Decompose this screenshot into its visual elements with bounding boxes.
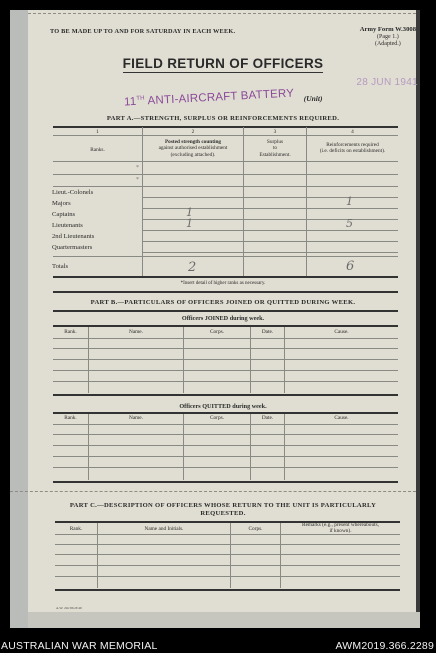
- form-note: (Adapted.): [375, 41, 401, 47]
- column-header-surplus: Surplus to Establishment.: [244, 139, 306, 158]
- rank-quartermasters: Quartermasters: [52, 244, 92, 251]
- quitted-col-corps: Corps.: [184, 415, 250, 421]
- part-c-heading: PART C.—DESCRIPTION OF OFFICERS WHOSE RE…: [10, 502, 436, 518]
- unit-stamp-name: ANTI-AIRCRAFT BATTERY: [144, 88, 294, 108]
- joined-col-date: Date.: [251, 329, 284, 335]
- column-header-posted: Posted strength counting against authori…: [143, 139, 243, 158]
- quitted-col-cause: Cause.: [285, 415, 398, 421]
- header-line: against authorised establishment: [159, 145, 228, 151]
- divider: [53, 291, 398, 293]
- divider: [53, 310, 398, 312]
- divider: [143, 241, 398, 242]
- divider: [53, 161, 398, 162]
- form-page: (Page 1.): [377, 34, 399, 40]
- perforation-top: [28, 13, 416, 14]
- divider: [53, 256, 398, 257]
- header-line: Posted strength counting: [165, 139, 221, 145]
- lieutenants-reinforcements-value: 5: [346, 217, 353, 230]
- table-row: [55, 576, 400, 577]
- rank-lieutenants: Lieutenants: [52, 222, 83, 229]
- column-rule: [284, 327, 285, 393]
- table-row: [55, 565, 400, 566]
- divider: [53, 126, 398, 128]
- column-rule: [230, 523, 231, 588]
- divider: [53, 276, 398, 278]
- page-title: FIELD RETURN OF OFFICERS: [10, 56, 436, 71]
- column-number-4: 4: [307, 129, 398, 135]
- rank-lieut-colonels: Lieut.-Colonels: [52, 189, 93, 196]
- institution-caption: AUSTRALIAN WAR MEMORIAL: [1, 640, 157, 652]
- perforation-middle: [10, 491, 416, 492]
- unit-stamp-suffix: TH: [136, 96, 145, 102]
- header-line: (excluding attached).: [171, 152, 216, 158]
- divider: [53, 481, 398, 483]
- table-row: [53, 348, 398, 349]
- unit-label: (Unit): [304, 94, 323, 103]
- joined-col-name: Name.: [89, 329, 183, 335]
- divider: [143, 219, 398, 220]
- column-rule: [250, 327, 251, 393]
- part-a-heading: PART A.—STRENGTH, SURPLUS OR REINFORCEME…: [10, 115, 436, 122]
- accession-number: AWM2019.366.2289: [335, 640, 434, 652]
- part-a-footnote: *Insert detail of higher ranks as necess…: [10, 281, 436, 286]
- majors-reinforcements-value: 1: [346, 195, 353, 208]
- table-row: [55, 544, 400, 545]
- divider: [53, 325, 398, 327]
- table-row: [53, 359, 398, 360]
- divider: [143, 208, 398, 209]
- divider: [143, 197, 398, 198]
- quitted-col-name: Name.: [89, 415, 183, 421]
- column-number-1: 1: [53, 129, 142, 135]
- table-row: [53, 456, 398, 457]
- table-row: [53, 338, 398, 339]
- header-line: to: [273, 145, 277, 151]
- date-stamp: 28 JUN 1941: [356, 77, 418, 88]
- rank-2nd-lieutenants: 2nd Lieutenants: [52, 233, 94, 240]
- joined-col-rank: Rank.: [53, 329, 88, 335]
- table-row: [53, 381, 398, 382]
- column-number-3: 3: [244, 129, 306, 135]
- form-id: Army Form W.3008: [360, 26, 416, 33]
- print-code: A.W. 2m 58a 8/40: [56, 606, 82, 610]
- column-header-reinforcements: Reinforcements required (i.e. deficits o…: [307, 142, 398, 155]
- part-c-col-rank: Rank.: [55, 526, 97, 532]
- table-row: [53, 434, 398, 435]
- joined-col-cause: Cause.: [285, 329, 398, 335]
- quitted-table-title: Officers QUITTED during week.: [10, 403, 436, 410]
- quitted-col-rank: Rank.: [53, 415, 88, 421]
- title-text: FIELD RETURN OF OFFICERS: [123, 56, 324, 73]
- header-line: Establishment.: [259, 152, 290, 158]
- unit-row: 11TH ANTI-AIRCRAFT BATTERY (Unit): [10, 88, 436, 106]
- rank-majors: Majors: [52, 200, 71, 207]
- joined-table-title: Officers JOINED during week.: [10, 315, 436, 322]
- divider: [53, 186, 398, 187]
- quitted-col-date: Date.: [251, 415, 284, 421]
- table-row: [55, 554, 400, 555]
- unit-stamp: 11TH ANTI-AIRCRAFT BATTERY: [123, 88, 294, 109]
- header-line: (i.e. deficits on establishment).: [320, 148, 385, 154]
- divider: [143, 252, 398, 253]
- column-rule: [183, 327, 184, 393]
- asterisk-row-2: *: [136, 177, 139, 183]
- part-c-col-corps: Corps.: [231, 526, 280, 532]
- rank-captains: Captains: [52, 211, 75, 218]
- table-row: [53, 467, 398, 468]
- column-rule: [97, 523, 98, 588]
- divider: [53, 412, 398, 414]
- part-b-heading: PART B.—PARTICULARS OF OFFICERS JOINED O…: [10, 299, 436, 306]
- lieutenants-posted-value: 1: [186, 217, 193, 230]
- form-identifier: Army Form W.3008 (Page 1.) (Adapted.): [360, 26, 416, 48]
- page-bottom-edge: [28, 612, 420, 628]
- totals-reinforcements-value: 6: [346, 259, 354, 274]
- part-c-col-remarks: Remarks (e.g., present whereabouts, if k…: [281, 522, 400, 534]
- form-instruction: TO BE MADE UP TO AND FOR SATURDAY IN EAC…: [50, 28, 235, 35]
- totals-posted-value: 2: [188, 260, 196, 275]
- part-c-heading-line: REQUESTED.: [200, 510, 245, 517]
- divider: [53, 174, 398, 175]
- column-number-2: 2: [143, 129, 243, 135]
- table-row: [53, 370, 398, 371]
- header-line: Surplus: [267, 139, 283, 145]
- part-c-col-name: Name and Initials.: [98, 526, 230, 532]
- divider: [143, 230, 398, 231]
- divider: [53, 394, 398, 396]
- totals-label: Totals: [52, 263, 68, 270]
- part-c-heading-line: PART C.—DESCRIPTION OF OFFICERS WHOSE RE…: [70, 502, 376, 509]
- table-row: [55, 534, 400, 535]
- unit-stamp-number: 11: [123, 96, 136, 109]
- divider: [55, 589, 400, 591]
- column-rule: [88, 327, 89, 393]
- table-row: [53, 424, 398, 425]
- table-row: [53, 445, 398, 446]
- joined-col-corps: Corps.: [184, 329, 250, 335]
- column-header-ranks: Ranks.: [53, 147, 142, 153]
- asterisk-row-1: *: [136, 165, 139, 171]
